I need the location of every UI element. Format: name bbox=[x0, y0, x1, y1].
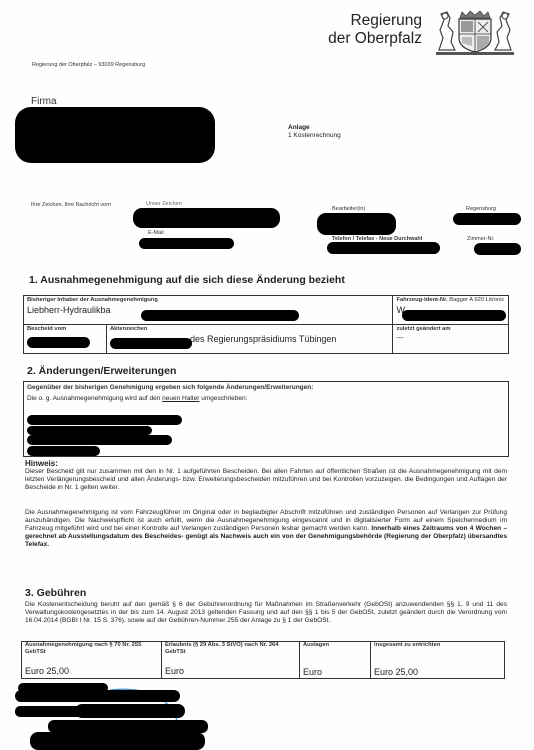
room-label: Zimmer-Nr. bbox=[467, 236, 495, 242]
redacted-vehicle-id bbox=[402, 310, 506, 321]
fee-cell-expenses: Auslagen Euro bbox=[300, 642, 371, 679]
redacted-date bbox=[453, 213, 521, 225]
decision-date-label: Bescheid vom bbox=[27, 325, 103, 333]
last-changed-label: zuletzt geändert am bbox=[396, 325, 505, 333]
vehicle-id-cell: Fahrzeug-Ident-Nr. Bagger A 920 Litronic… bbox=[393, 296, 509, 325]
redacted-room bbox=[474, 243, 521, 255]
previous-holder-cell: Bisheriger Inhaber der Ausnahmegenehmigu… bbox=[24, 296, 393, 325]
fee-label-authorization: Erlaubnis (§ 29 Abs. 3 StVO) nach Nr. 26… bbox=[165, 642, 296, 656]
fee-cell-total: insgesamt zu entrichten Euro 25,00 bbox=[371, 642, 505, 679]
vehicle-id-label: Fahrzeug-Ident-Nr. Bagger A 920 Litronic bbox=[396, 296, 505, 304]
fees-table: Ausnahmegenehmigung nach § 70 Nr. 255 Ge… bbox=[21, 641, 505, 679]
previous-holder-label: Bisheriger Inhaber der Ausnahmegenehmigu… bbox=[27, 296, 389, 304]
fee-value-expenses: Euro bbox=[303, 666, 322, 678]
changes-line-suffix: umgeschrieben: bbox=[199, 395, 247, 402]
notice-paragraph-2: Die Ausnahmegenehmigung ist vom Fahrzeug… bbox=[25, 509, 507, 549]
changes-intro: Gegenüber der bisherigen Genehmigung erg… bbox=[27, 384, 313, 391]
fee-cell-permit: Ausnahmegenehmigung nach § 70 Nr. 255 Ge… bbox=[22, 642, 162, 679]
section-2-heading: 2. Änderungen/Erweiterungen bbox=[27, 365, 176, 377]
email-label: E-Mail bbox=[148, 230, 164, 236]
redacted-email bbox=[139, 238, 234, 249]
redacted-new-holder-line-1 bbox=[27, 415, 182, 425]
fee-label-expenses: Auslagen bbox=[303, 642, 367, 649]
fee-label-permit: Ausnahmegenehmigung nach § 70 Nr. 255 Ge… bbox=[25, 642, 158, 656]
recipient-label: Firma bbox=[31, 96, 57, 107]
fee-value-total: Euro 25,00 bbox=[374, 666, 418, 678]
redacted-new-holder-line-2 bbox=[27, 426, 152, 435]
new-holder-emphasis: neuen Halter bbox=[162, 395, 199, 402]
section-1-heading: 1. Ausnahmegenehmigung auf die sich dies… bbox=[29, 274, 345, 286]
authority-line-1: Regierung bbox=[328, 12, 422, 30]
fee-label-total: insgesamt zu entrichten bbox=[374, 642, 501, 649]
clerk-label: Bearbeiter(in) bbox=[332, 206, 365, 212]
attachment-block: Anlage 1 Kostenrechnung bbox=[288, 124, 341, 140]
attachment-title: Anlage bbox=[288, 124, 341, 132]
notice-paragraph-1: Dieser Bescheid gilt nur zusammen mit de… bbox=[25, 468, 507, 492]
section-3-heading: 3. Gebühren bbox=[25, 587, 86, 599]
city-label: Regensburg bbox=[466, 206, 496, 212]
our-reference-label: Unser Zeichen bbox=[146, 201, 182, 207]
your-reference-label: Ihre Zeichen, Ihre Nachricht vom bbox=[31, 202, 111, 208]
redacted-decision-date bbox=[27, 337, 90, 348]
redacted-file-number bbox=[110, 338, 192, 349]
redacted-new-holder-line-3 bbox=[27, 435, 172, 445]
coat-of-arms-icon bbox=[435, 8, 515, 56]
permit-reference-table: Bisheriger Inhaber der Ausnahmegenehmigu… bbox=[23, 295, 509, 354]
redacted-clerk bbox=[317, 213, 396, 235]
attachment-item: 1 Kostenrechnung bbox=[288, 132, 341, 140]
notice-heading: Hinweis: bbox=[25, 459, 58, 468]
fee-cell-authorization: Erlaubnis (§ 29 Abs. 3 StVO) nach Nr. 26… bbox=[162, 642, 300, 679]
changes-line: Die o. g. Ausnahmegenehmigung wird auf d… bbox=[27, 395, 247, 402]
redacted-new-holder-line-4 bbox=[27, 446, 100, 456]
authority-line-2: der Oberpfalz bbox=[328, 30, 422, 48]
sender-return-address: Regierung der Oberpfalz – 93039 Regensbu… bbox=[32, 62, 145, 68]
last-changed-cell: zuletzt geändert am --- bbox=[393, 325, 509, 354]
issuing-authority-name: Regierung der Oberpfalz bbox=[328, 12, 422, 48]
vehicle-id-desc: Bagger A 920 Litronic bbox=[449, 297, 504, 303]
redacted-recipient-address bbox=[15, 107, 215, 163]
file-number-cell: Aktenzeichen des Regierungspräsidiums Tü… bbox=[107, 325, 393, 354]
fees-legal-basis: Die Kostenentscheidung beruht auf den ge… bbox=[25, 601, 507, 625]
fee-value-permit: Euro 25,00 bbox=[25, 665, 69, 677]
redacted-our-reference bbox=[133, 208, 280, 228]
changes-line-prefix: Die o. g. Ausnahmegenehmigung wird auf d… bbox=[27, 395, 162, 402]
redacted-phone bbox=[327, 242, 440, 254]
last-changed-value: --- bbox=[396, 333, 505, 345]
redacted-holder-name bbox=[141, 310, 299, 321]
decision-date-cell: Bescheid vom bbox=[24, 325, 107, 354]
changes-box: Gegenüber der bisherigen Genehmigung erg… bbox=[23, 381, 509, 457]
file-number-label: Aktenzeichen bbox=[110, 325, 389, 333]
vehicle-id-label-text: Fahrzeug-Ident-Nr. bbox=[396, 297, 447, 303]
redacted-signature-stamp bbox=[10, 680, 210, 750]
fee-value-authorization: Euro bbox=[165, 665, 184, 677]
